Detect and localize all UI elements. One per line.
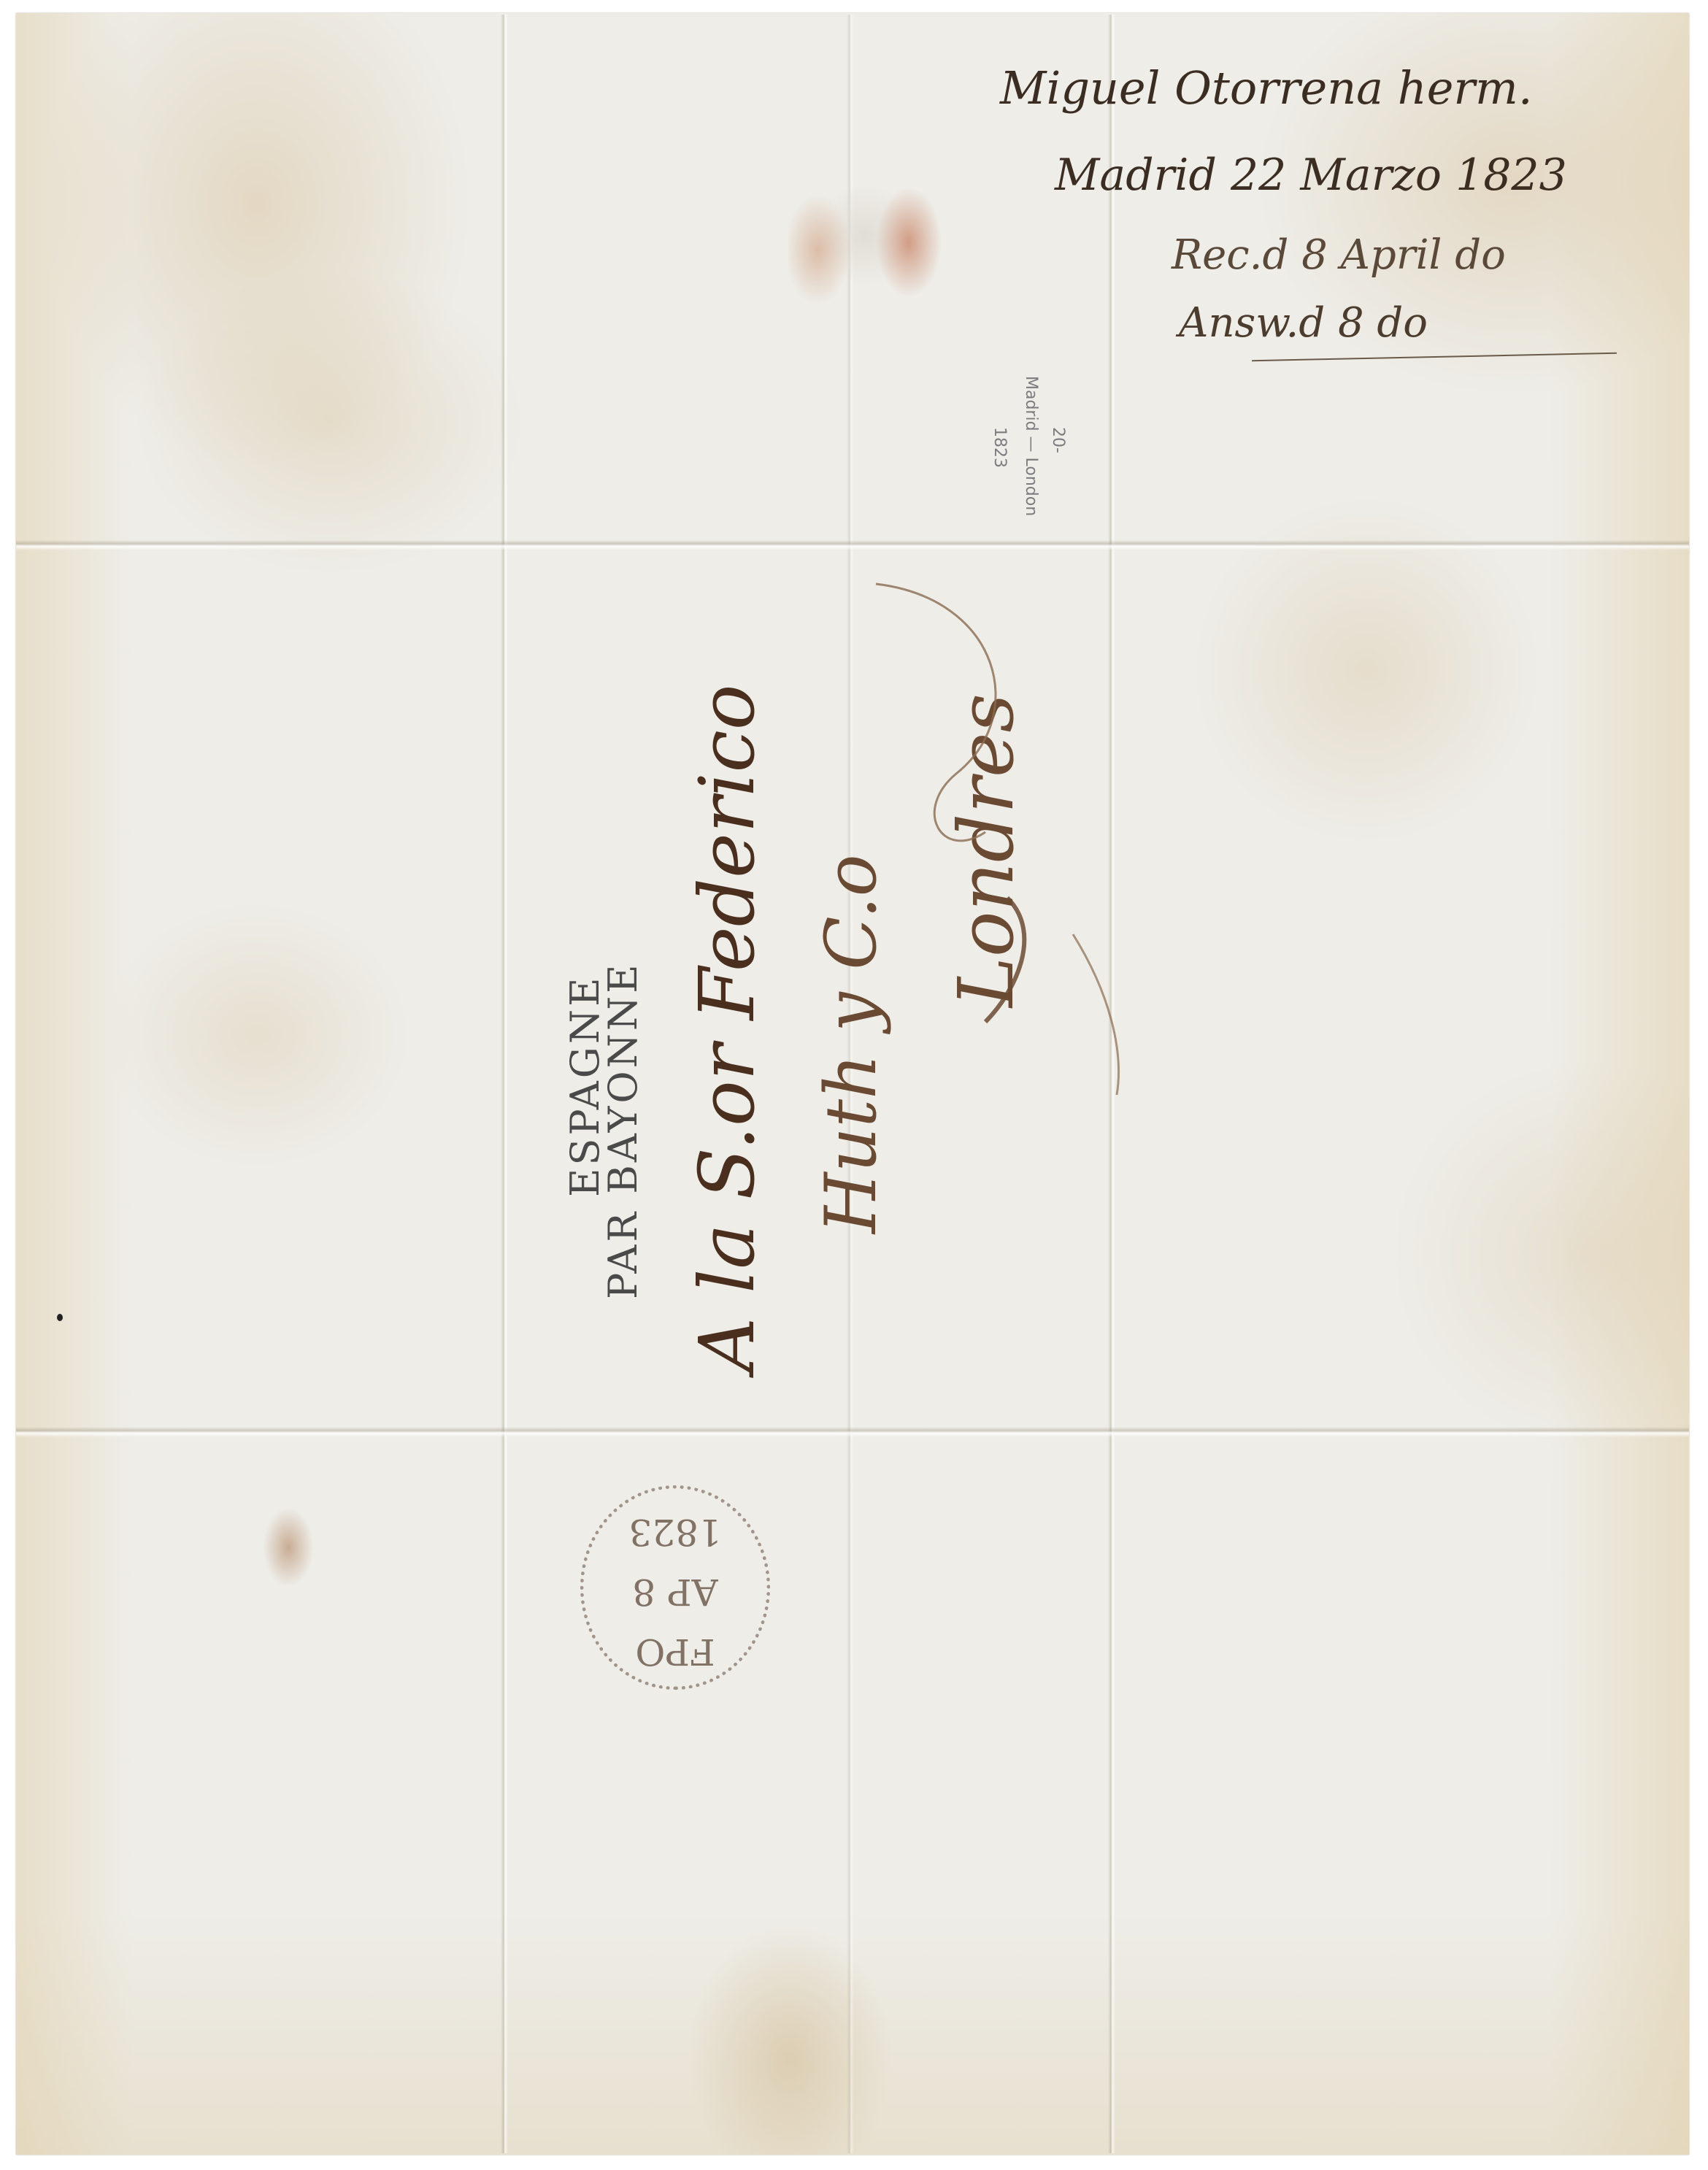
postmark-datestamp: FPO AP 8 1823 (580, 1485, 770, 1690)
entry-stamp-line2: PAR BAYONNE (600, 961, 646, 1299)
docket-origin-date: Madrid 22 Marzo 1823 (1055, 153, 1567, 197)
postmark-date: AP 8 (584, 1571, 766, 1613)
ink-stain (263, 1507, 314, 1588)
address-line-firm: Huth y C.o (810, 854, 892, 1234)
postmark-office: FPO (584, 1631, 766, 1673)
pencil-note-year: 1823 (990, 427, 1009, 468)
pencil-note-route: Madrid — London (1022, 376, 1040, 516)
docket-received: Rec.d 8 April do (1172, 235, 1506, 276)
address-line-addressee: A la S.or Federico (682, 685, 772, 1372)
wax-seal-remnant (788, 155, 942, 319)
docket-answered: Answ.d 8 do (1179, 303, 1428, 344)
pencil-note-price: 20- (1049, 427, 1067, 453)
docket-sender: Miguel Otorrena herm. (1000, 66, 1533, 111)
ink-dot (57, 1314, 63, 1321)
postmark-year: 1823 (584, 1511, 766, 1553)
address-line-city: Londres (942, 693, 1031, 1007)
